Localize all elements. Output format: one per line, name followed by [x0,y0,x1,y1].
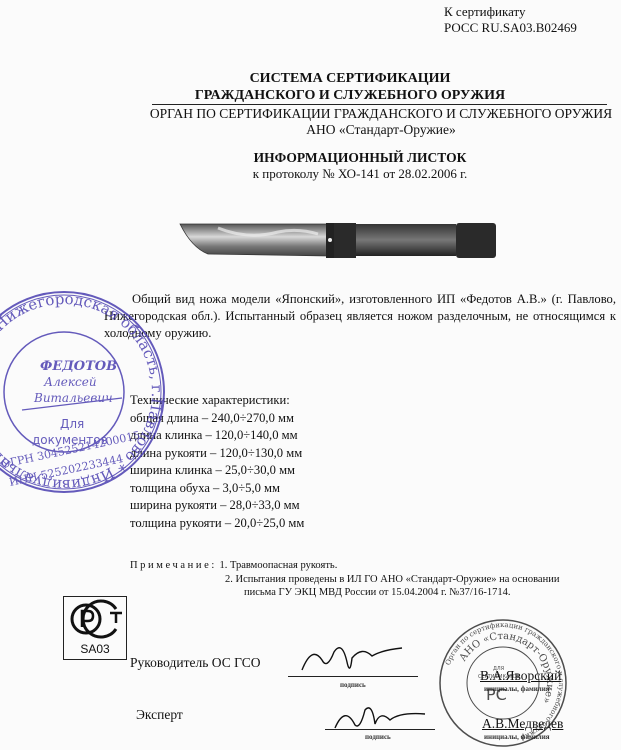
svg-text:ФЕДОТОВ: ФЕДОТОВ [40,359,117,374]
logo-code: SA03 [64,642,126,656]
signature-label-head: подпись [340,681,366,689]
svg-text:Алексей: Алексей [43,375,97,389]
signature-role-head: Руководитель ОС ГСО [130,655,260,671]
signature-label-expert: подпись [365,733,391,741]
org-title-line2: АНО «Стандарт-Оружие» [136,122,621,138]
spec-item: ширина рукояти – 28,0÷33,0 мм [130,497,304,515]
signature-line-head [288,676,418,677]
stamp-rst-mark-icon: РС [486,685,507,704]
note-2-line1: 2. Испытания проведены в ИЛ ГО АНО «Стан… [130,573,559,587]
signature-head-scribble [292,640,412,680]
spec-item: толщина рукояти – 20,0÷25,0 мм [130,515,304,533]
entrepreneur-stamp: Нижегородская область, г.Павлово * Индив… [0,290,167,495]
knife-image [178,218,528,262]
info-title: ИНФОРМАЦИОННЫЙ ЛИСТОК [170,150,550,166]
certificate-number: РОСС RU.SA03.B02469 [444,20,577,36]
system-title: СИСТЕМА СЕРТИФИКАЦИИ ГРАЖДАНСКОГО И СЛУЖ… [150,70,550,104]
svg-text:Витальевич: Витальевич [33,391,113,405]
certification-logo: SA03 [63,596,127,660]
organization-title: ОРГАН ПО СЕРТИФИКАЦИИ ГРАЖДАНСКОГО И СЛУ… [136,106,621,138]
notes-label: Примечание: [130,560,217,571]
svg-text:СЕРТИФИКАТОВ: СЕРТИФИКАТОВ [478,674,520,680]
protocol-reference: к протоколу № ХО-141 от 28.02.2006 г. [170,166,550,182]
signature-role-expert: Эксперт [136,707,183,723]
svg-text:Для: Для [60,417,84,431]
rst-mark-icon [64,597,126,641]
knife-description: Общий вид ножа модели «Японский», изгото… [104,291,616,342]
info-sheet-title: ИНФОРМАЦИОННЫЙ ЛИСТОК к протоколу № ХО-1… [170,150,550,182]
organization-stamp: Орган по сертификации гражданского и слу… [438,618,568,748]
signature-expert-scribble [330,700,430,736]
note-1: 1. Травмоопасная рукоять. [219,560,337,571]
certificate-reference: К сертификату РОСС RU.SA03.B02469 [444,4,577,36]
signature-line-expert [325,729,435,730]
system-title-line2: ГРАЖДАНСКОГО И СЛУЖЕБНОГО ОРУЖИЯ [150,87,550,104]
notes: Примечание: 1. Травмоопасная рукоять. 2.… [130,559,559,600]
note-2-line2: письма ГУ ЭКЦ МВД России от 15.04.2004 г… [130,586,559,600]
certificate-ref-label: К сертификату [444,4,577,20]
header-divider [152,104,607,105]
svg-text:ДЛЯ: ДЛЯ [493,666,504,672]
system-title-line1: СИСТЕМА СЕРТИФИКАЦИИ [150,70,550,87]
org-title-line1: ОРГАН ПО СЕРТИФИКАЦИИ ГРАЖДАНСКОГО И СЛУ… [136,106,621,122]
